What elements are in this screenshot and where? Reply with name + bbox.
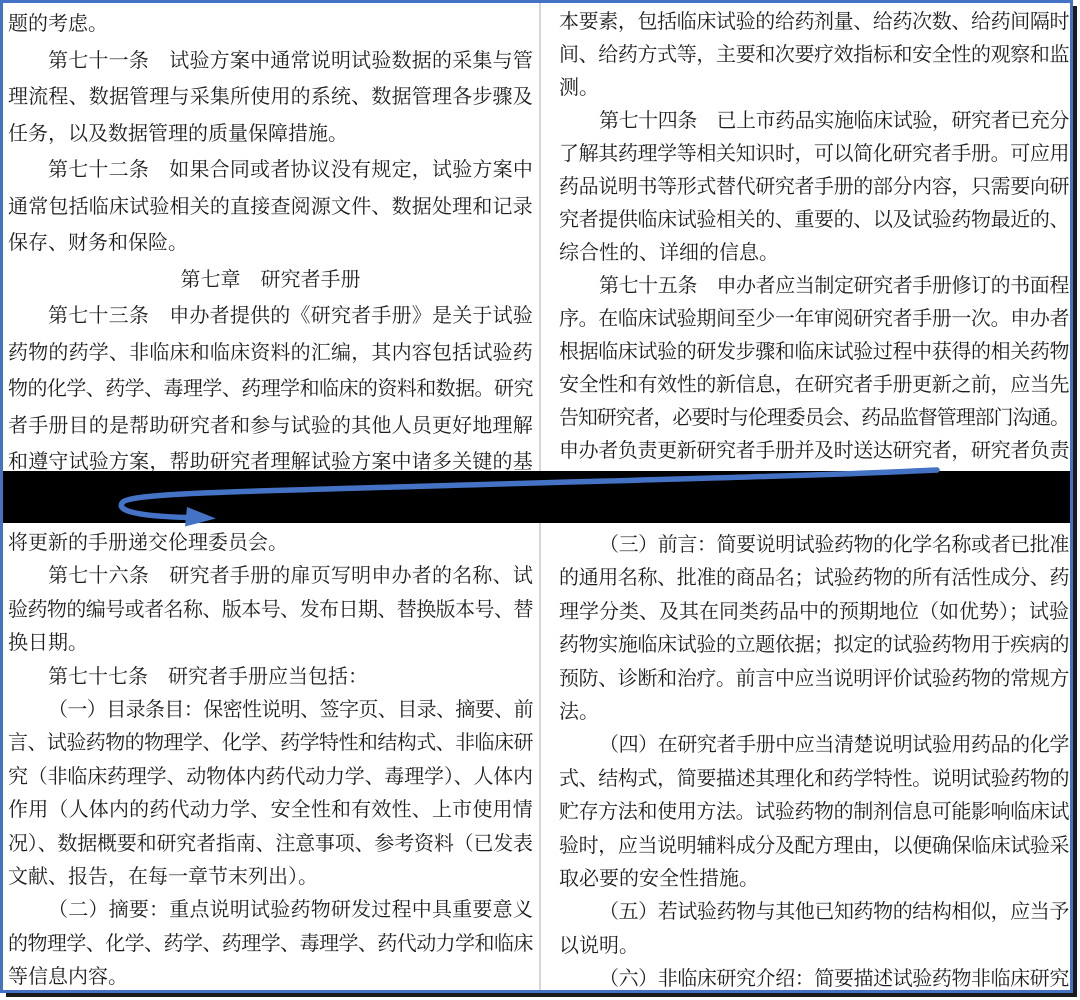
chapter-heading: 第七章 研究者手册 bbox=[8, 262, 533, 299]
text-line-content: 根据临床试验的研发步骤和临床试验过程中获得的相关药物 bbox=[559, 341, 1069, 363]
text-line: （六）非临床研究介绍：简要描述试验药物非临床研究 bbox=[559, 963, 1069, 993]
text-line-content: 文献、报告，在每一章节末列出）。 bbox=[8, 866, 318, 888]
text-line-content: （六）非临床研究介绍：简要描述试验药物非临床研究 bbox=[599, 968, 1069, 990]
text-line-content: （五）若试验药物与其他已知药物的结构相似，应当予 bbox=[599, 901, 1069, 923]
text-line-content: 第七章 研究者手册 bbox=[181, 269, 361, 291]
text-line: 通常包括临床试验相关的直接查阅源文件、数据处理和记录 bbox=[8, 189, 533, 226]
text-line: 保存、财务和保险。 bbox=[8, 225, 533, 262]
text-line-content: 本要素，包括临床试验的给药剂量、给药次数、给药间隔时 bbox=[559, 11, 1069, 33]
text-line: （四）在研究者手册中应当清楚说明试验用药品的化学 bbox=[559, 729, 1069, 762]
text-line-content: 了解其药理学等相关知识时，可以简化研究者手册。可应用 bbox=[559, 143, 1069, 165]
text-line: 药品说明书等形式替代研究者手册的部分内容，只需要向研 bbox=[559, 171, 1069, 204]
text-line-content: 第七十七条 研究者手册应当包括： bbox=[48, 666, 368, 688]
text-line: 验药物的编号或者名称、版本号、发布日期、替换版本号、替 bbox=[8, 594, 533, 627]
text-line-content: 和遵守试验方案，帮助研究者理解试验方案中诸多关键的基 bbox=[8, 451, 533, 473]
redaction-band bbox=[0, 471, 1073, 523]
text-line: 法。 bbox=[559, 696, 1069, 729]
text-line: 安全性和有效性的新信息，在研究者手册更新之前，应当先 bbox=[559, 369, 1069, 402]
text-line: 取必要的安全性措施。 bbox=[559, 863, 1069, 896]
text-line: 第七十四条 已上市药品实施临床试验，研究者已充分 bbox=[559, 105, 1069, 138]
text-line: 的通用名称、批准的商品名；试验药物的所有活性成分、药 bbox=[559, 562, 1069, 595]
text-line: 间、给药方式等，主要和次要疗效指标和安全性的观察和监 bbox=[559, 39, 1069, 72]
text-line: 理流程、数据管理与采集所使用的系统、数据管理各步骤及 bbox=[8, 79, 533, 116]
text-line: 文献、报告，在每一章节末列出）。 bbox=[8, 861, 533, 894]
text-line: 根据临床试验的研发步骤和临床试验过程中获得的相关药物 bbox=[559, 336, 1069, 369]
text-line-content: 验时，应当说明辅料成分及配方理由，以便确保临床试验采 bbox=[559, 835, 1069, 857]
text-line: 物的化学、药学、毒理学、药理学和临床的资料和数据。研究 bbox=[8, 371, 533, 408]
text-line: 的物理学、化学、药学、药理学、毒理学、药代动力学和临床 bbox=[8, 928, 533, 961]
text-line: 药物实施临床试验的立题依据；拟定的试验药物用于疾病的 bbox=[559, 629, 1069, 662]
text-line-content: 第七十四条 已上市药品实施临床试验，研究者已充分 bbox=[599, 110, 1069, 132]
text-line-content: 任务，以及数据管理的质量保障措施。 bbox=[8, 123, 348, 145]
text-line: 测。 bbox=[559, 72, 1069, 105]
text-line-content: 的物理学、化学、药学、药理学、毒理学、药代动力学和临床 bbox=[8, 933, 533, 955]
text-line: 任务，以及数据管理的质量保障措施。 bbox=[8, 116, 533, 153]
text-line: 况）、数据概要和研究者指南、注意事项、参考资料（已发表 bbox=[8, 828, 533, 861]
text-line-content: 综合性的、详细的信息。 bbox=[559, 242, 779, 264]
text-line: 预防、诊断和治疗。前言中应当说明评价试验药物的常规方 bbox=[559, 663, 1069, 696]
text-line-content: 者手册目的是帮助研究者和参与试验的其他人员更好地理解 bbox=[8, 415, 533, 437]
text-line-content: 保存、财务和保险。 bbox=[8, 232, 188, 254]
text-line: 贮存方法和使用方法。试验药物的制剂信息可能影响临床试 bbox=[559, 796, 1069, 829]
text-line: 了解其药理学等相关知识时，可以简化研究者手册。可应用 bbox=[559, 138, 1069, 171]
text-line-content: 等信息内容。 bbox=[8, 966, 128, 988]
text-column-top-right: 本要素，包括临床试验的给药剂量、给药次数、给药间隔时间、给药方式等，主要和次要疗… bbox=[541, 3, 1073, 468]
text-line-content: 药物实施临床试验的立题依据；拟定的试验药物用于疾病的 bbox=[559, 634, 1069, 656]
text-line-content: 以说明。 bbox=[559, 935, 639, 957]
text-line: 以说明。 bbox=[559, 930, 1069, 963]
text-line: 第七十七条 研究者手册应当包括： bbox=[8, 661, 533, 694]
text-line: 申办者负责更新研究者手册并及时送达研究者，研究者负责 bbox=[559, 435, 1069, 468]
text-line-content: 测。 bbox=[559, 77, 599, 99]
text-column-bottom-left: 将更新的手册递交伦理委员会。第七十六条 研究者手册的扉页写明申办者的名称、试验药… bbox=[3, 524, 539, 993]
text-line-content: 的通用名称、批准的商品名；试验药物的所有活性成分、药 bbox=[559, 567, 1069, 589]
text-line: 换日期。 bbox=[8, 627, 533, 660]
text-line-content: 况）、数据概要和研究者指南、注意事项、参考资料（已发表 bbox=[8, 833, 533, 855]
text-line-content: 第七十一条 试验方案中通常说明试验数据的采集与管 bbox=[48, 50, 533, 72]
text-line-content: 取必要的安全性措施。 bbox=[559, 868, 759, 890]
text-line: 第七十一条 试验方案中通常说明试验数据的采集与管 bbox=[8, 43, 533, 80]
text-line-content: 究（非临床药理学、动物体内药代动力学、毒理学）、人体内 bbox=[8, 766, 533, 788]
text-line: 理学分类、及其在同类药品中的预期地位（如优势）；试验 bbox=[559, 596, 1069, 629]
text-line: 第七十三条 申办者提供的《研究者手册》是关于试验 bbox=[8, 298, 533, 335]
text-line: （三）前言：简要说明试验药物的化学名称或者已批准 bbox=[559, 529, 1069, 562]
document-page: 题的考虑。第七十一条 试验方案中通常说明试验数据的采集与管理流程、数据管理与采集… bbox=[0, 0, 1073, 993]
text-line: 验时，应当说明辅料成分及配方理由，以便确保临床试验采 bbox=[559, 830, 1069, 863]
text-line: 言、试验药物的物理学、化学、药学特性和结构式、非临床研 bbox=[8, 727, 533, 760]
text-line-content: 式、结构式，简要描述其理化和药学特性。说明试验药物的 bbox=[559, 768, 1069, 790]
text-line-content: 第七十二条 如果合同或者协议没有规定，试验方案中 bbox=[48, 159, 533, 181]
text-line: 等信息内容。 bbox=[8, 961, 533, 993]
text-line: 综合性的、详细的信息。 bbox=[559, 237, 1069, 270]
text-line-content: 言、试验药物的物理学、化学、药学特性和结构式、非临床研 bbox=[8, 732, 533, 754]
text-line-content: （三）前言：简要说明试验药物的化学名称或者已批准 bbox=[599, 534, 1069, 556]
text-line-content: 预防、诊断和治疗。前言中应当说明评价试验药物的常规方 bbox=[559, 668, 1069, 690]
text-line: （二）摘要：重点说明试验药物研发过程中具重要意义 bbox=[8, 894, 533, 927]
text-line: 者手册目的是帮助研究者和参与试验的其他人员更好地理解 bbox=[8, 408, 533, 445]
text-line-content: 理学分类、及其在同类药品中的预期地位（如优势）；试验 bbox=[559, 601, 1069, 623]
text-line-content: 究者提供临床试验相关的、重要的、以及试验药物最近的、 bbox=[559, 209, 1069, 231]
text-column-top-left: 题的考虑。第七十一条 试验方案中通常说明试验数据的采集与管理流程、数据管理与采集… bbox=[3, 3, 539, 481]
text-line: （一）目录条目：保密性说明、签字页、目录、摘要、前 bbox=[8, 694, 533, 727]
text-line-content: （四）在研究者手册中应当清楚说明试验用药品的化学 bbox=[599, 734, 1069, 756]
text-line: 作用（人体内的药代动力学、安全性和有效性、上市使用情 bbox=[8, 794, 533, 827]
text-line: （五）若试验药物与其他已知药物的结构相似，应当予 bbox=[559, 896, 1069, 929]
text-line-content: （二）摘要：重点说明试验药物研发过程中具重要意义 bbox=[48, 899, 533, 921]
text-line-content: 换日期。 bbox=[8, 632, 88, 654]
text-line-content: 将更新的手册递交伦理委员会。 bbox=[8, 532, 288, 554]
text-line-content: 物的化学、药学、毒理学、药理学和临床的资料和数据。研究 bbox=[8, 378, 533, 400]
text-line-content: 通常包括临床试验相关的直接查阅源文件、数据处理和记录 bbox=[8, 196, 533, 218]
text-line-content: 题的考虑。 bbox=[8, 13, 108, 35]
text-line-content: 告知研究者，必要时与伦理委员会、药品监督管理部门沟通。 bbox=[559, 407, 1069, 429]
text-line-content: 第七十六条 研究者手册的扉页写明申办者的名称、试 bbox=[48, 565, 533, 587]
text-line-content: 药物的药学、非临床和临床资料的汇编，其内容包括试验药 bbox=[8, 342, 533, 364]
text-line: 序。在临床试验期间至少一年审阅研究者手册一次。申办者 bbox=[559, 303, 1069, 336]
text-line-content: （一）目录条目：保密性说明、签字页、目录、摘要、前 bbox=[48, 699, 533, 721]
text-line-content: 理流程、数据管理与采集所使用的系统、数据管理各步骤及 bbox=[8, 86, 533, 108]
column-divider bbox=[539, 3, 541, 471]
text-line: 题的考虑。 bbox=[8, 6, 533, 43]
text-line: 第七十二条 如果合同或者协议没有规定，试验方案中 bbox=[8, 152, 533, 189]
text-line: 究者提供临床试验相关的、重要的、以及试验药物最近的、 bbox=[559, 204, 1069, 237]
text-line: 将更新的手册递交伦理委员会。 bbox=[8, 527, 533, 560]
text-line-content: 药品说明书等形式替代研究者手册的部分内容，只需要向研 bbox=[559, 176, 1069, 198]
text-line: 究（非临床药理学、动物体内药代动力学、毒理学）、人体内 bbox=[8, 761, 533, 794]
text-line-content: 安全性和有效性的新信息，在研究者手册更新之前，应当先 bbox=[559, 374, 1069, 396]
text-line: 第七十六条 研究者手册的扉页写明申办者的名称、试 bbox=[8, 560, 533, 593]
text-line: 本要素，包括临床试验的给药剂量、给药次数、给药间隔时 bbox=[559, 6, 1069, 39]
text-line: 药物的药学、非临床和临床资料的汇编，其内容包括试验药 bbox=[8, 335, 533, 372]
text-line-content: 序。在临床试验期间至少一年审阅研究者手册一次。申办者 bbox=[559, 308, 1069, 330]
text-column-bottom-right: （三）前言：简要说明试验药物的化学名称或者已批准的通用名称、批准的商品名；试验药… bbox=[541, 524, 1073, 993]
text-line: 式、结构式，简要描述其理化和药学特性。说明试验药物的 bbox=[559, 763, 1069, 796]
text-line-content: 法。 bbox=[559, 701, 599, 723]
text-line-content: 验药物的编号或者名称、版本号、发布日期、替换版本号、替 bbox=[8, 599, 533, 621]
text-line-content: 间、给药方式等，主要和次要疗效指标和安全性的观察和监 bbox=[559, 44, 1069, 66]
text-line-content: 作用（人体内的药代动力学、安全性和有效性、上市使用情 bbox=[8, 799, 533, 821]
text-line-content: 第七十五条 申办者应当制定研究者手册修订的书面程 bbox=[599, 275, 1069, 297]
text-line: 第七十五条 申办者应当制定研究者手册修订的书面程 bbox=[559, 270, 1069, 303]
text-line: 告知研究者，必要时与伦理委员会、药品监督管理部门沟通。 bbox=[559, 402, 1069, 435]
text-line-content: 申办者负责更新研究者手册并及时送达研究者，研究者负责 bbox=[559, 440, 1069, 462]
text-line-content: 第七十三条 申办者提供的《研究者手册》是关于试验 bbox=[48, 305, 533, 327]
text-line-content: 贮存方法和使用方法。试验药物的制剂信息可能影响临床试 bbox=[559, 801, 1069, 823]
